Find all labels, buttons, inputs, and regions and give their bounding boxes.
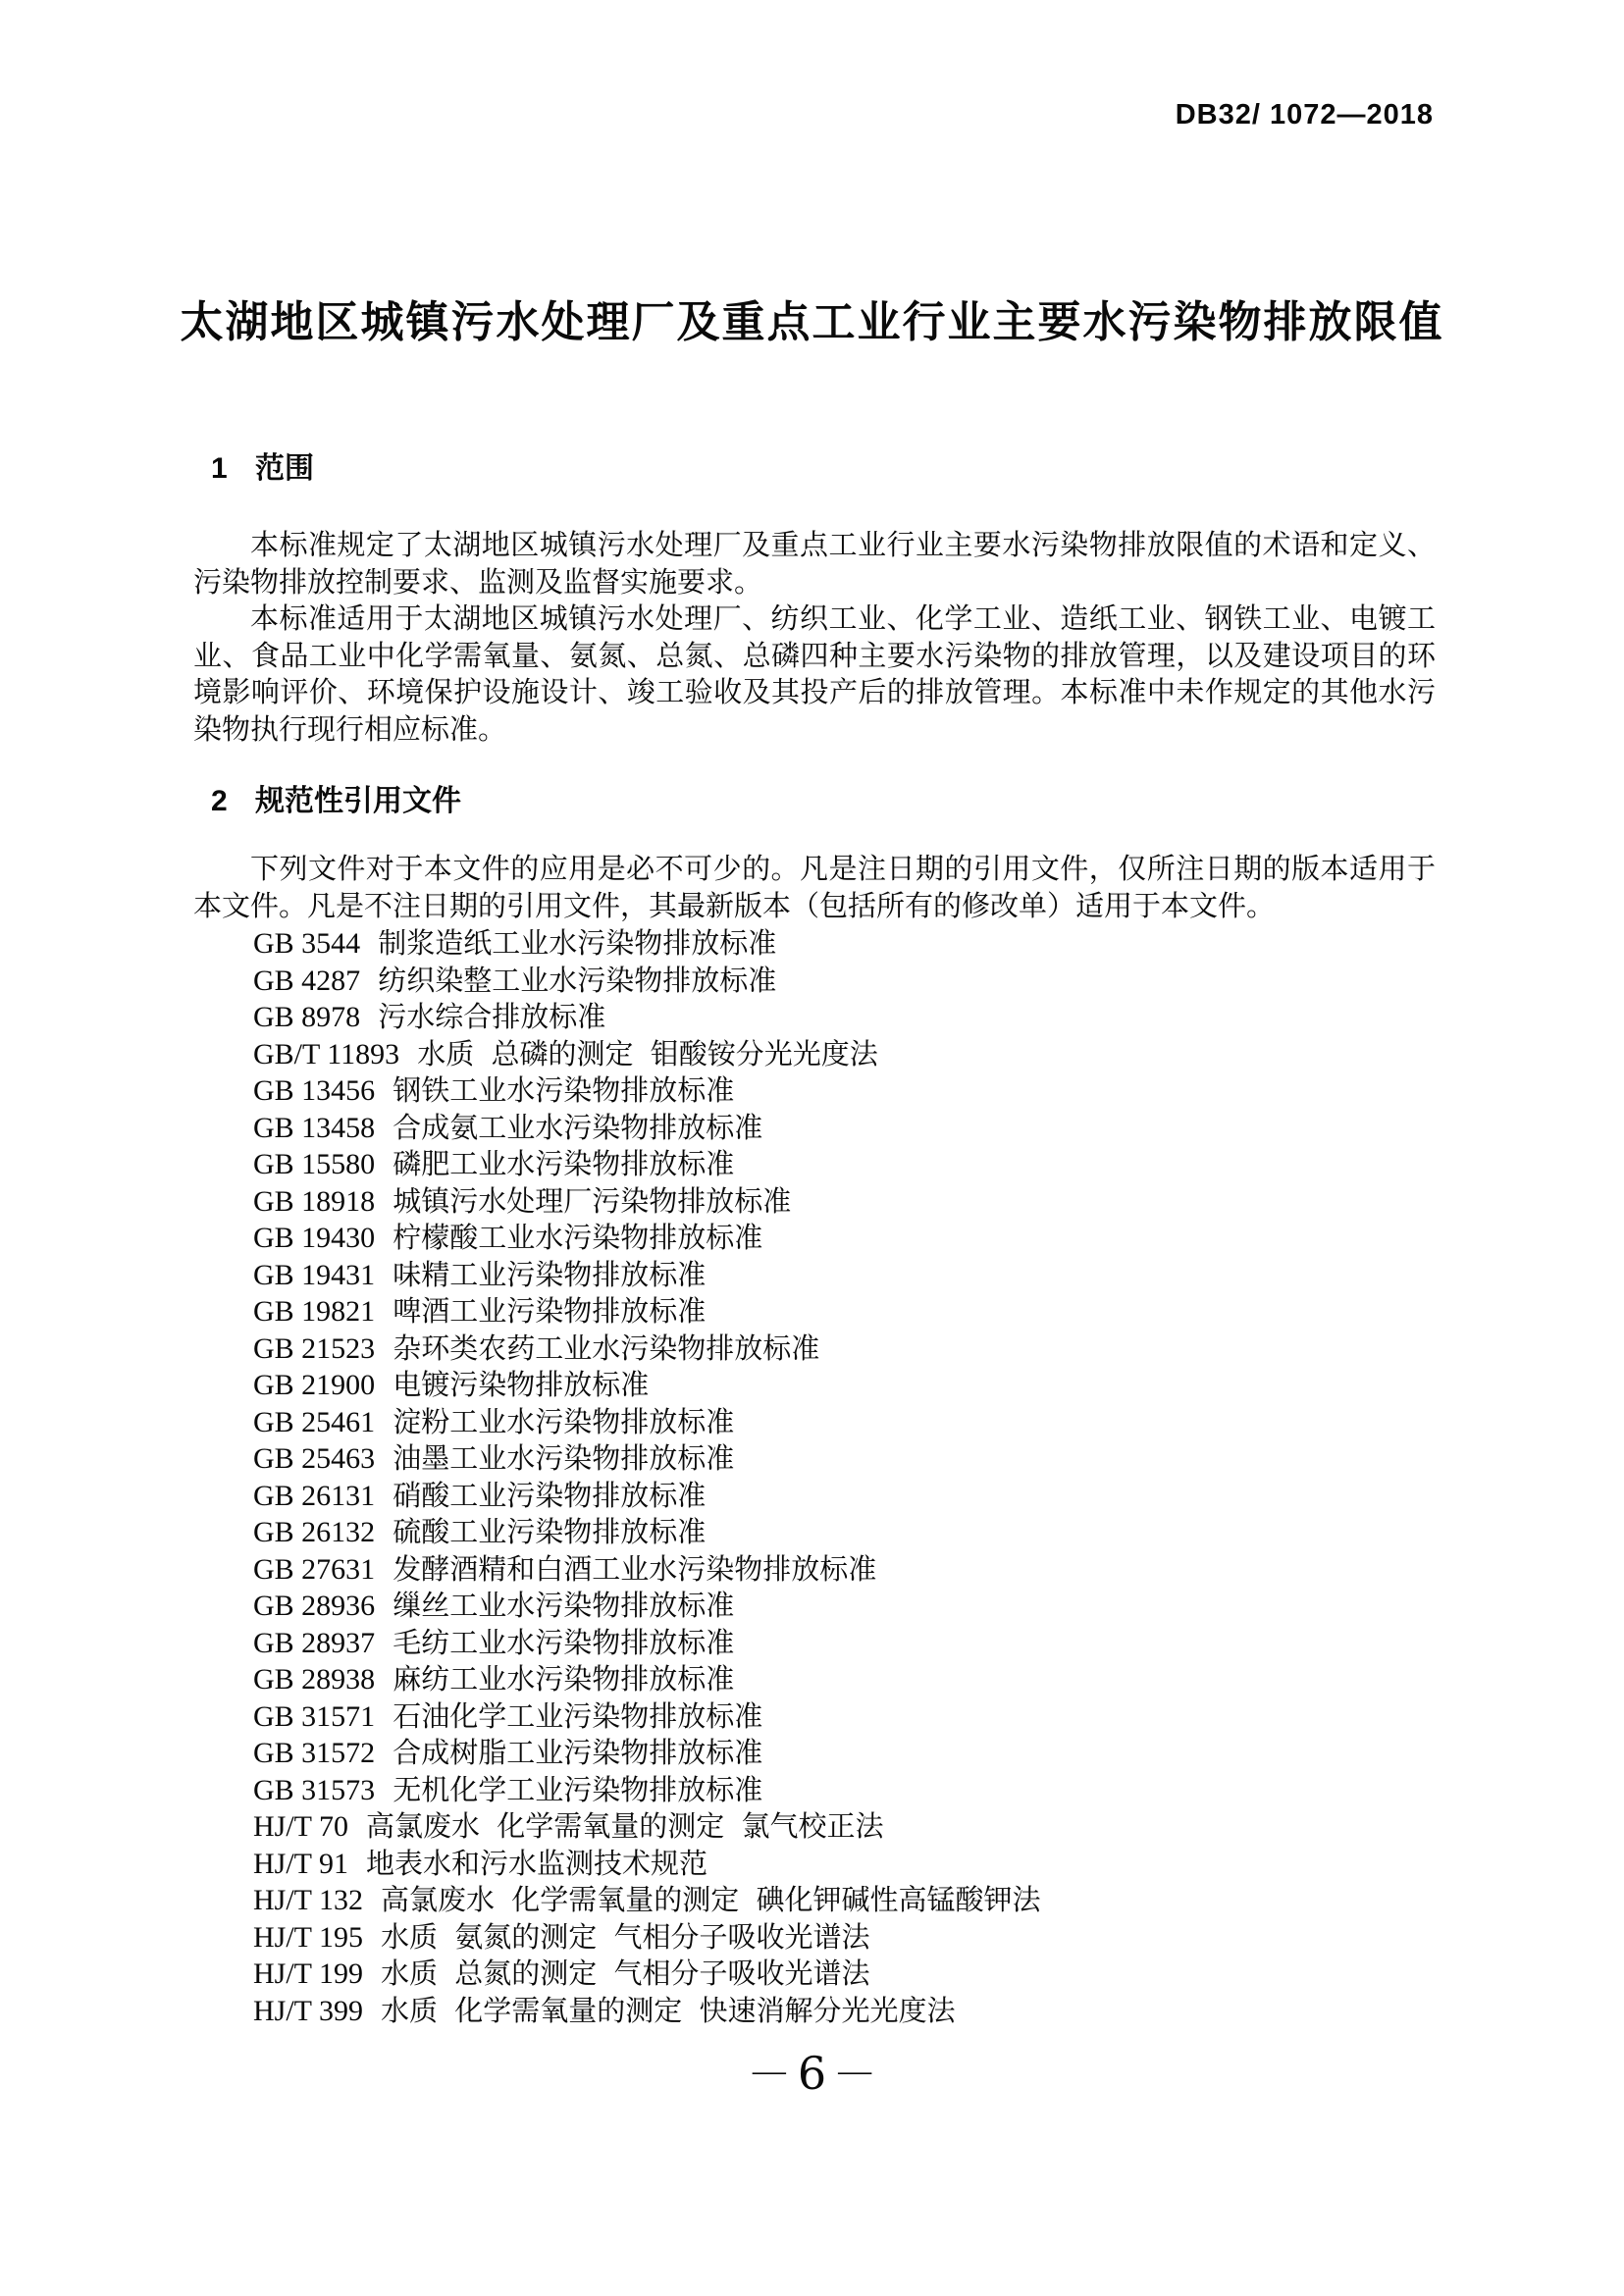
reference-title: 发酵酒精和白酒工业水污染物排放标准 — [393, 1554, 876, 1586]
scope-paragraphs: 本标准规定了太湖地区城镇污水处理厂及重点工业行业主要水污染物排放限值的术语和定义… — [193, 528, 1436, 749]
reference-item: GB 13456钢铁工业水污染物排放标准 — [253, 1072, 1490, 1110]
reference-code: GB 3544 — [253, 927, 360, 960]
reference-code: GB 21900 — [253, 1369, 375, 1401]
section-1-title: 范围 — [255, 452, 314, 485]
reference-title: 污水综合排放标准 — [378, 1002, 605, 1033]
reference-code: GB 25461 — [253, 1406, 375, 1438]
reference-code: GB 25463 — [253, 1442, 375, 1475]
reference-item: GB 21523杂环类农药工业水污染物排放标准 — [253, 1331, 1490, 1368]
reference-item: GB 18918城镇污水处理厂污染物排放标准 — [253, 1183, 1490, 1221]
doc-number: DB32/ 1072—2018 — [1176, 99, 1434, 131]
reference-title: 高氯废水 化学需氧量的测定 碘化钾碱性高锰酸钾法 — [381, 1885, 1041, 1916]
reference-item: GB 31571石油化学工业污染物排放标准 — [253, 1698, 1490, 1736]
reference-title: 水质 氨氮的测定 气相分子吸收光谱法 — [381, 1922, 870, 1954]
reference-code: HJ/T 399 — [253, 1995, 363, 2027]
reference-item: HJ/T 91地表水和污水监测技术规范 — [253, 1846, 1490, 1883]
reference-code: GB/T 11893 — [253, 1038, 399, 1070]
reference-title: 柠檬酸工业水污染物排放标准 — [393, 1223, 762, 1254]
reference-title: 磷肥工业水污染物排放标准 — [393, 1149, 734, 1180]
reference-title: 地表水和污水监测技术规范 — [366, 1849, 707, 1880]
reference-code: GB 31571 — [253, 1700, 375, 1733]
normative-references-list: GB 3544制浆造纸工业水污染物排放标准 GB 4287纺织染整工业水污染物排… — [253, 925, 1490, 2029]
reference-item: HJ/T 195水质 氨氮的测定 气相分子吸收光谱法 — [253, 1919, 1490, 1957]
reference-item: GB 19430柠檬酸工业水污染物排放标准 — [253, 1220, 1490, 1257]
reference-title: 味精工业污染物排放标准 — [393, 1260, 706, 1291]
reference-code: GB 19430 — [253, 1222, 375, 1254]
reference-title: 合成树脂工业污染物排放标准 — [393, 1738, 762, 1769]
reference-code: GB 21523 — [253, 1332, 375, 1365]
page-footer: — 6 — — [0, 2051, 1624, 2096]
paragraph: 本标准适用于太湖地区城镇污水处理厂、纺织工业、化学工业、造纸工业、钢铁工业、电镀… — [193, 601, 1436, 749]
reference-title: 合成氨工业水污染物排放标准 — [393, 1113, 762, 1144]
reference-code: GB 31572 — [253, 1737, 375, 1769]
reference-item: GB 28938麻纺工业水污染物排放标准 — [253, 1661, 1490, 1698]
paragraph: 本标准规定了太湖地区城镇污水处理厂及重点工业行业主要水污染物排放限值的术语和定义… — [193, 528, 1436, 601]
reference-item: GB 26132硫酸工业污染物排放标准 — [253, 1514, 1490, 1551]
reference-title: 钢铁工业水污染物排放标准 — [393, 1075, 734, 1107]
references-intro-paragraphs: 下列文件对于本文件的应用是必不可少的。凡是注日期的引用文件，仅所注日期的版本适用… — [193, 852, 1436, 925]
reference-item: GB 28937毛纺工业水污染物排放标准 — [253, 1625, 1490, 1662]
document-page: DB32/ 1072—2018 太湖地区城镇污水处理厂及重点工业行业主要水污染物… — [0, 0, 1624, 2296]
reference-code: GB 13456 — [253, 1074, 375, 1107]
reference-code: GB 18918 — [253, 1185, 375, 1218]
reference-item: GB 19821啤酒工业污染物排放标准 — [253, 1293, 1490, 1331]
reference-item: GB 25463油墨工业水污染物排放标准 — [253, 1440, 1490, 1478]
reference-title: 城镇污水处理厂污染物排放标准 — [393, 1186, 791, 1218]
reference-item: GB 25461淀粉工业水污染物排放标准 — [253, 1404, 1490, 1441]
reference-title: 制浆造纸工业水污染物排放标准 — [378, 928, 776, 960]
reference-title: 石油化学工业污染物排放标准 — [393, 1701, 762, 1733]
reference-title: 杂环类农药工业水污染物排放标准 — [393, 1333, 819, 1365]
footer-right-dash: — — [838, 2055, 871, 2088]
reference-code: GB 27631 — [253, 1553, 375, 1586]
reference-item: GB/T 11893水质 总磷的测定 钼酸铵分光光度法 — [253, 1036, 1490, 1073]
reference-item: GB 4287纺织染整工业水污染物排放标准 — [253, 963, 1490, 1000]
section-2-title: 规范性引用文件 — [255, 785, 461, 817]
page-title: 太湖地区城镇污水处理厂及重点工业行业主要水污染物排放限值 — [0, 287, 1624, 349]
reference-item: GB 21900电镀污染物排放标准 — [253, 1367, 1490, 1404]
reference-code: GB 26131 — [253, 1480, 375, 1512]
reference-title: 纺织染整工业水污染物排放标准 — [378, 965, 776, 997]
reference-item: HJ/T 132高氯废水 化学需氧量的测定 碘化钾碱性高锰酸钾法 — [253, 1882, 1490, 1919]
reference-title: 硫酸工业污染物排放标准 — [393, 1517, 706, 1548]
reference-title: 缫丝工业水污染物排放标准 — [393, 1591, 734, 1622]
section-2-heading: 2规范性引用文件 — [211, 784, 461, 819]
reference-code: GB 19431 — [253, 1259, 375, 1291]
reference-title: 无机化学工业污染物排放标准 — [393, 1775, 762, 1806]
reference-title: 水质 化学需氧量的测定 快速消解分光光度法 — [381, 1996, 956, 2027]
reference-title: 高氯废水 化学需氧量的测定 氯气校正法 — [366, 1811, 884, 1843]
reference-title: 淀粉工业水污染物排放标准 — [393, 1407, 734, 1438]
reference-title: 水质 总磷的测定 钼酸铵分光光度法 — [417, 1039, 878, 1070]
reference-code: HJ/T 70 — [253, 1810, 348, 1843]
reference-code: GB 13458 — [253, 1112, 375, 1144]
reference-item: GB 19431味精工业污染物排放标准 — [253, 1257, 1490, 1294]
reference-item: HJ/T 70高氯废水 化学需氧量的测定 氯气校正法 — [253, 1808, 1490, 1846]
reference-title: 硝酸工业污染物排放标准 — [393, 1481, 706, 1512]
reference-code: GB 28936 — [253, 1590, 375, 1622]
reference-item: GB 8978污水综合排放标准 — [253, 999, 1490, 1036]
reference-item: GB 15580磷肥工业水污染物排放标准 — [253, 1146, 1490, 1183]
page-number: 6 — [798, 2051, 826, 2096]
reference-code: HJ/T 195 — [253, 1921, 363, 1954]
reference-code: GB 8978 — [253, 1001, 360, 1033]
reference-code: GB 26132 — [253, 1516, 375, 1548]
reference-code: GB 19821 — [253, 1295, 375, 1328]
reference-title: 油墨工业水污染物排放标准 — [393, 1443, 734, 1475]
reference-item: GB 28936缫丝工业水污染物排放标准 — [253, 1588, 1490, 1625]
footer-left-dash: — — [753, 2055, 786, 2088]
reference-code: GB 28937 — [253, 1627, 375, 1659]
reference-item: GB 31573无机化学工业污染物排放标准 — [253, 1772, 1490, 1809]
reference-item: GB 27631发酵酒精和白酒工业水污染物排放标准 — [253, 1551, 1490, 1589]
reference-item: GB 3544制浆造纸工业水污染物排放标准 — [253, 925, 1490, 963]
reference-item: HJ/T 399水质 化学需氧量的测定 快速消解分光光度法 — [253, 1993, 1490, 2030]
paragraph: 下列文件对于本文件的应用是必不可少的。凡是注日期的引用文件，仅所注日期的版本适用… — [193, 852, 1436, 925]
reference-code: GB 28938 — [253, 1663, 375, 1696]
section-1-number: 1 — [211, 451, 255, 487]
reference-code: GB 15580 — [253, 1148, 375, 1180]
reference-code: HJ/T 132 — [253, 1884, 363, 1916]
reference-code: HJ/T 91 — [253, 1848, 348, 1880]
reference-code: GB 4287 — [253, 965, 360, 997]
reference-code: GB 31573 — [253, 1774, 375, 1806]
section-2-number: 2 — [211, 784, 255, 819]
reference-item: GB 13458合成氨工业水污染物排放标准 — [253, 1110, 1490, 1147]
reference-title: 毛纺工业水污染物排放标准 — [393, 1628, 734, 1659]
section-1-heading: 1范围 — [211, 451, 314, 487]
reference-item: GB 31572合成树脂工业污染物排放标准 — [253, 1735, 1490, 1772]
reference-title: 水质 总氮的测定 气相分子吸收光谱法 — [381, 1958, 870, 1990]
reference-title: 啤酒工业污染物排放标准 — [393, 1296, 706, 1328]
reference-item: GB 26131硝酸工业污染物排放标准 — [253, 1478, 1490, 1515]
reference-title: 电镀污染物排放标准 — [393, 1370, 649, 1401]
reference-item: HJ/T 199水质 总氮的测定 气相分子吸收光谱法 — [253, 1956, 1490, 1993]
reference-title: 麻纺工业水污染物排放标准 — [393, 1664, 734, 1696]
reference-code: HJ/T 199 — [253, 1957, 363, 1990]
